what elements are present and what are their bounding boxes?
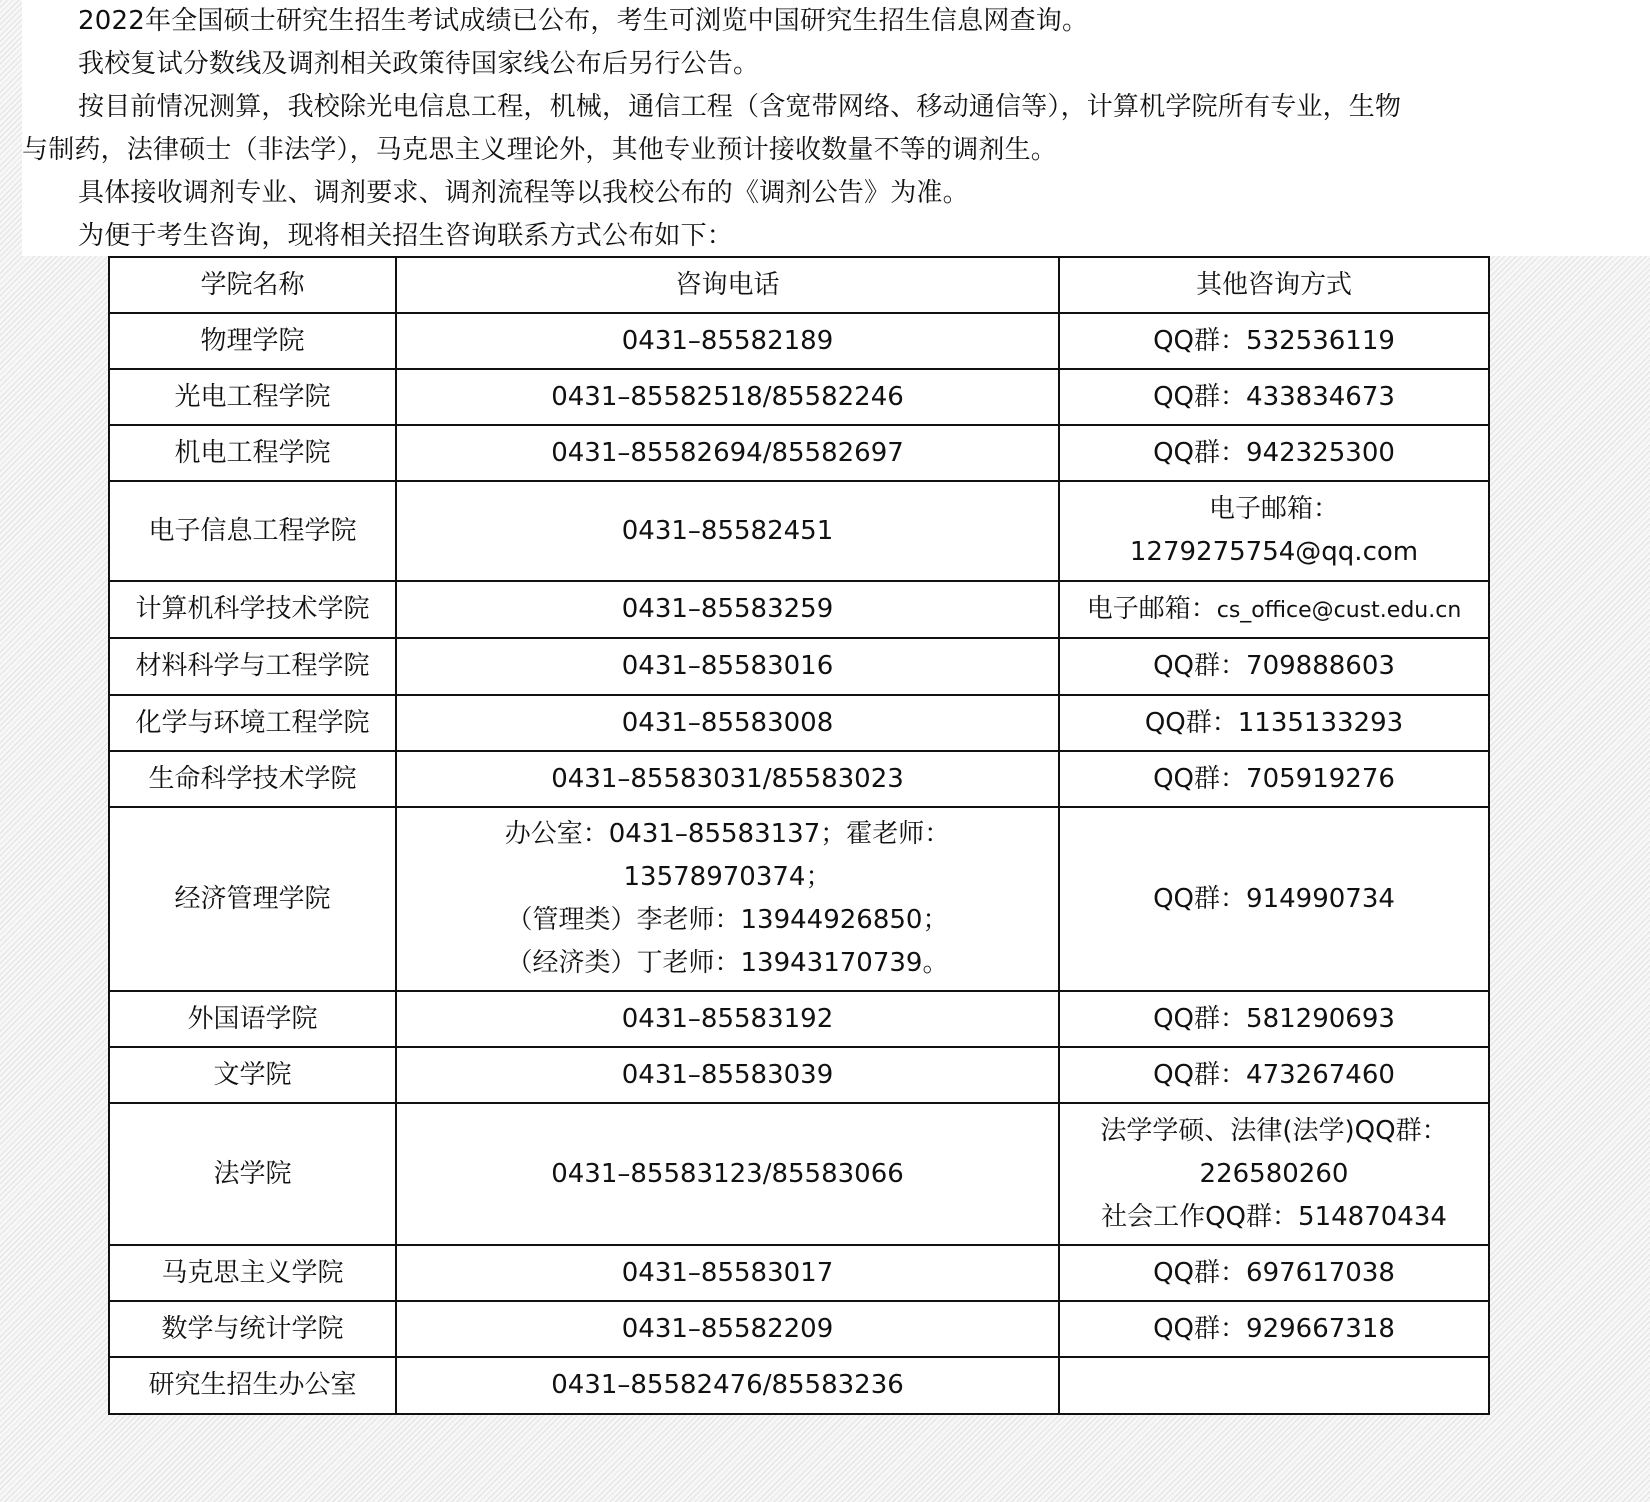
table-row: 计算机科学技术学院 0431–85583259 电子邮箱：cs_office@c… xyxy=(109,581,1489,638)
college-name: 经济管理学院 xyxy=(109,807,396,991)
phone-cell: 0431–85582518/85582246 xyxy=(396,369,1059,425)
phone-teacher-huo: 13578970374； xyxy=(403,856,1052,899)
table-row: 文学院 0431–85583039 QQ群：473267460 xyxy=(109,1047,1489,1103)
intro-paragraph-estimate-line2: 与制药，法律硕士（非法学），马克思主义理论外，其他专业预计接收数量不等的调剂生。 xyxy=(22,129,1057,172)
college-name: 外国语学院 xyxy=(109,991,396,1047)
table-row: 生命科学技术学院 0431–85583031/85583023 QQ群：7059… xyxy=(109,751,1489,807)
table-row: 外国语学院 0431–85583192 QQ群：581290693 xyxy=(109,991,1489,1047)
other-contact-cell: QQ群：581290693 xyxy=(1059,991,1489,1047)
other-contact-cell: 电子邮箱： 1279275754@qq.com xyxy=(1059,481,1489,581)
law-qq-number: 226580260 xyxy=(1066,1153,1482,1196)
phone-cell: 0431–85582476/85583236 xyxy=(396,1357,1059,1414)
other-contact-cell xyxy=(1059,1357,1489,1414)
college-name: 文学院 xyxy=(109,1047,396,1103)
header-college-name: 学院名称 xyxy=(109,257,396,313)
table-row: 材料科学与工程学院 0431–85583016 QQ群：709888603 xyxy=(109,638,1489,695)
phone-teacher-li: （管理类）李老师：13944926850； xyxy=(403,899,1052,942)
intro-section: 2022年全国硕士研究生招生考试成绩已公布，考生可浏览中国研究生招生信息网查询。… xyxy=(22,0,1650,256)
phone-cell: 办公室：0431–85583137；霍老师： 13578970374； （管理类… xyxy=(396,807,1059,991)
header-phone: 咨询电话 xyxy=(396,257,1059,313)
other-contact-cell: QQ群：705919276 xyxy=(1059,751,1489,807)
other-contact-cell: QQ群：709888603 xyxy=(1059,638,1489,695)
social-work-qq: 社会工作QQ群：514870434 xyxy=(1066,1196,1482,1239)
phone-cell: 0431–85582209 xyxy=(396,1301,1059,1357)
phone-cell: 0431–85583008 xyxy=(396,695,1059,751)
table-row: 光电工程学院 0431–85582518/85582246 QQ群：433834… xyxy=(109,369,1489,425)
college-name: 法学院 xyxy=(109,1103,396,1245)
email-link[interactable]: cs_office@cust.edu.cn xyxy=(1217,598,1462,623)
intro-paragraph-estimate-line1: 按目前情况测算，我校除光电信息工程，机械，通信工程（含宽带网络、移动通信等），计… xyxy=(22,86,1401,129)
email-label: 电子邮箱： xyxy=(1087,594,1217,624)
phone-cell: 0431–85583123/85583066 xyxy=(396,1103,1059,1245)
other-contact-cell: QQ群：914990734 xyxy=(1059,807,1489,991)
other-contact-cell: QQ群：473267460 xyxy=(1059,1047,1489,1103)
other-contact-cell: QQ群：929667318 xyxy=(1059,1301,1489,1357)
contact-table-container: 学院名称 咨询电话 其他咨询方式 物理学院 0431–85582189 QQ群：… xyxy=(108,256,1488,1415)
table-row: 电子信息工程学院 0431–85582451 电子邮箱： 1279275754@… xyxy=(109,481,1489,581)
college-name: 生命科学技术学院 xyxy=(109,751,396,807)
phone-cell: 0431–85582694/85582697 xyxy=(396,425,1059,481)
other-contact-cell: 电子邮箱：cs_office@cust.edu.cn xyxy=(1059,581,1489,638)
phone-office: 办公室：0431–85583137；霍老师： xyxy=(403,813,1052,856)
college-name: 光电工程学院 xyxy=(109,369,396,425)
other-contact-cell: QQ群：532536119 xyxy=(1059,313,1489,369)
other-contact-cell: QQ群：1135133293 xyxy=(1059,695,1489,751)
table-row: 化学与环境工程学院 0431–85583008 QQ群：1135133293 xyxy=(109,695,1489,751)
law-qq-label: 法学学硕、法律(法学)QQ群： xyxy=(1066,1110,1482,1153)
phone-cell: 0431–85583259 xyxy=(396,581,1059,638)
intro-paragraph-retest: 我校复试分数线及调剂相关政策待国家线公布后另行公告。 xyxy=(22,43,759,86)
table-row: 机电工程学院 0431–85582694/85582697 QQ群：942325… xyxy=(109,425,1489,481)
college-name: 材料科学与工程学院 xyxy=(109,638,396,695)
table-header-row: 学院名称 咨询电话 其他咨询方式 xyxy=(109,257,1489,313)
phone-cell: 0431–85583192 xyxy=(396,991,1059,1047)
college-name: 计算机科学技术学院 xyxy=(109,581,396,638)
phone-cell: 0431–85583017 xyxy=(396,1245,1059,1301)
college-name: 物理学院 xyxy=(109,313,396,369)
other-contact-cell: QQ群：433834673 xyxy=(1059,369,1489,425)
phone-cell: 0431–85582189 xyxy=(396,313,1059,369)
contact-table: 学院名称 咨询电话 其他咨询方式 物理学院 0431–85582189 QQ群：… xyxy=(108,256,1490,1415)
intro-paragraph-adjustment: 具体接收调剂专业、调剂要求、调剂流程等以我校公布的《调剂公告》为准。 xyxy=(22,172,969,215)
table-row: 经济管理学院 办公室：0431–85583137；霍老师： 1357897037… xyxy=(109,807,1489,991)
table-row: 法学院 0431–85583123/85583066 法学学硕、法律(法学)QQ… xyxy=(109,1103,1489,1245)
college-name: 化学与环境工程学院 xyxy=(109,695,396,751)
college-name: 数学与统计学院 xyxy=(109,1301,396,1357)
college-name: 机电工程学院 xyxy=(109,425,396,481)
other-contact-cell: QQ群：697617038 xyxy=(1059,1245,1489,1301)
phone-teacher-ding: （经济类）丁老师：13943170739。 xyxy=(403,942,1052,985)
table-row: 物理学院 0431–85582189 QQ群：532536119 xyxy=(109,313,1489,369)
email-link[interactable]: 1279275754@qq.com xyxy=(1066,531,1482,574)
email-label: 电子邮箱： xyxy=(1066,488,1482,531)
intro-paragraph-contact: 为便于考生咨询，现将相关招生咨询联系方式公布如下： xyxy=(22,215,733,258)
phone-cell: 0431–85582451 xyxy=(396,481,1059,581)
college-name: 电子信息工程学院 xyxy=(109,481,396,581)
phone-cell: 0431–85583016 xyxy=(396,638,1059,695)
header-other-contact: 其他咨询方式 xyxy=(1059,257,1489,313)
table-row: 数学与统计学院 0431–85582209 QQ群：929667318 xyxy=(109,1301,1489,1357)
college-name: 研究生招生办公室 xyxy=(109,1357,396,1414)
phone-cell: 0431–85583039 xyxy=(396,1047,1059,1103)
college-name: 马克思主义学院 xyxy=(109,1245,396,1301)
table-row: 马克思主义学院 0431–85583017 QQ群：697617038 xyxy=(109,1245,1489,1301)
other-contact-cell: QQ群：942325300 xyxy=(1059,425,1489,481)
other-contact-cell: 法学学硕、法律(法学)QQ群： 226580260 社会工作QQ群：514870… xyxy=(1059,1103,1489,1245)
phone-cell: 0431–85583031/85583023 xyxy=(396,751,1059,807)
intro-paragraph-scores: 2022年全国硕士研究生招生考试成绩已公布，考生可浏览中国研究生招生信息网查询。 xyxy=(22,0,1088,43)
table-row: 研究生招生办公室 0431–85582476/85583236 xyxy=(109,1357,1489,1414)
